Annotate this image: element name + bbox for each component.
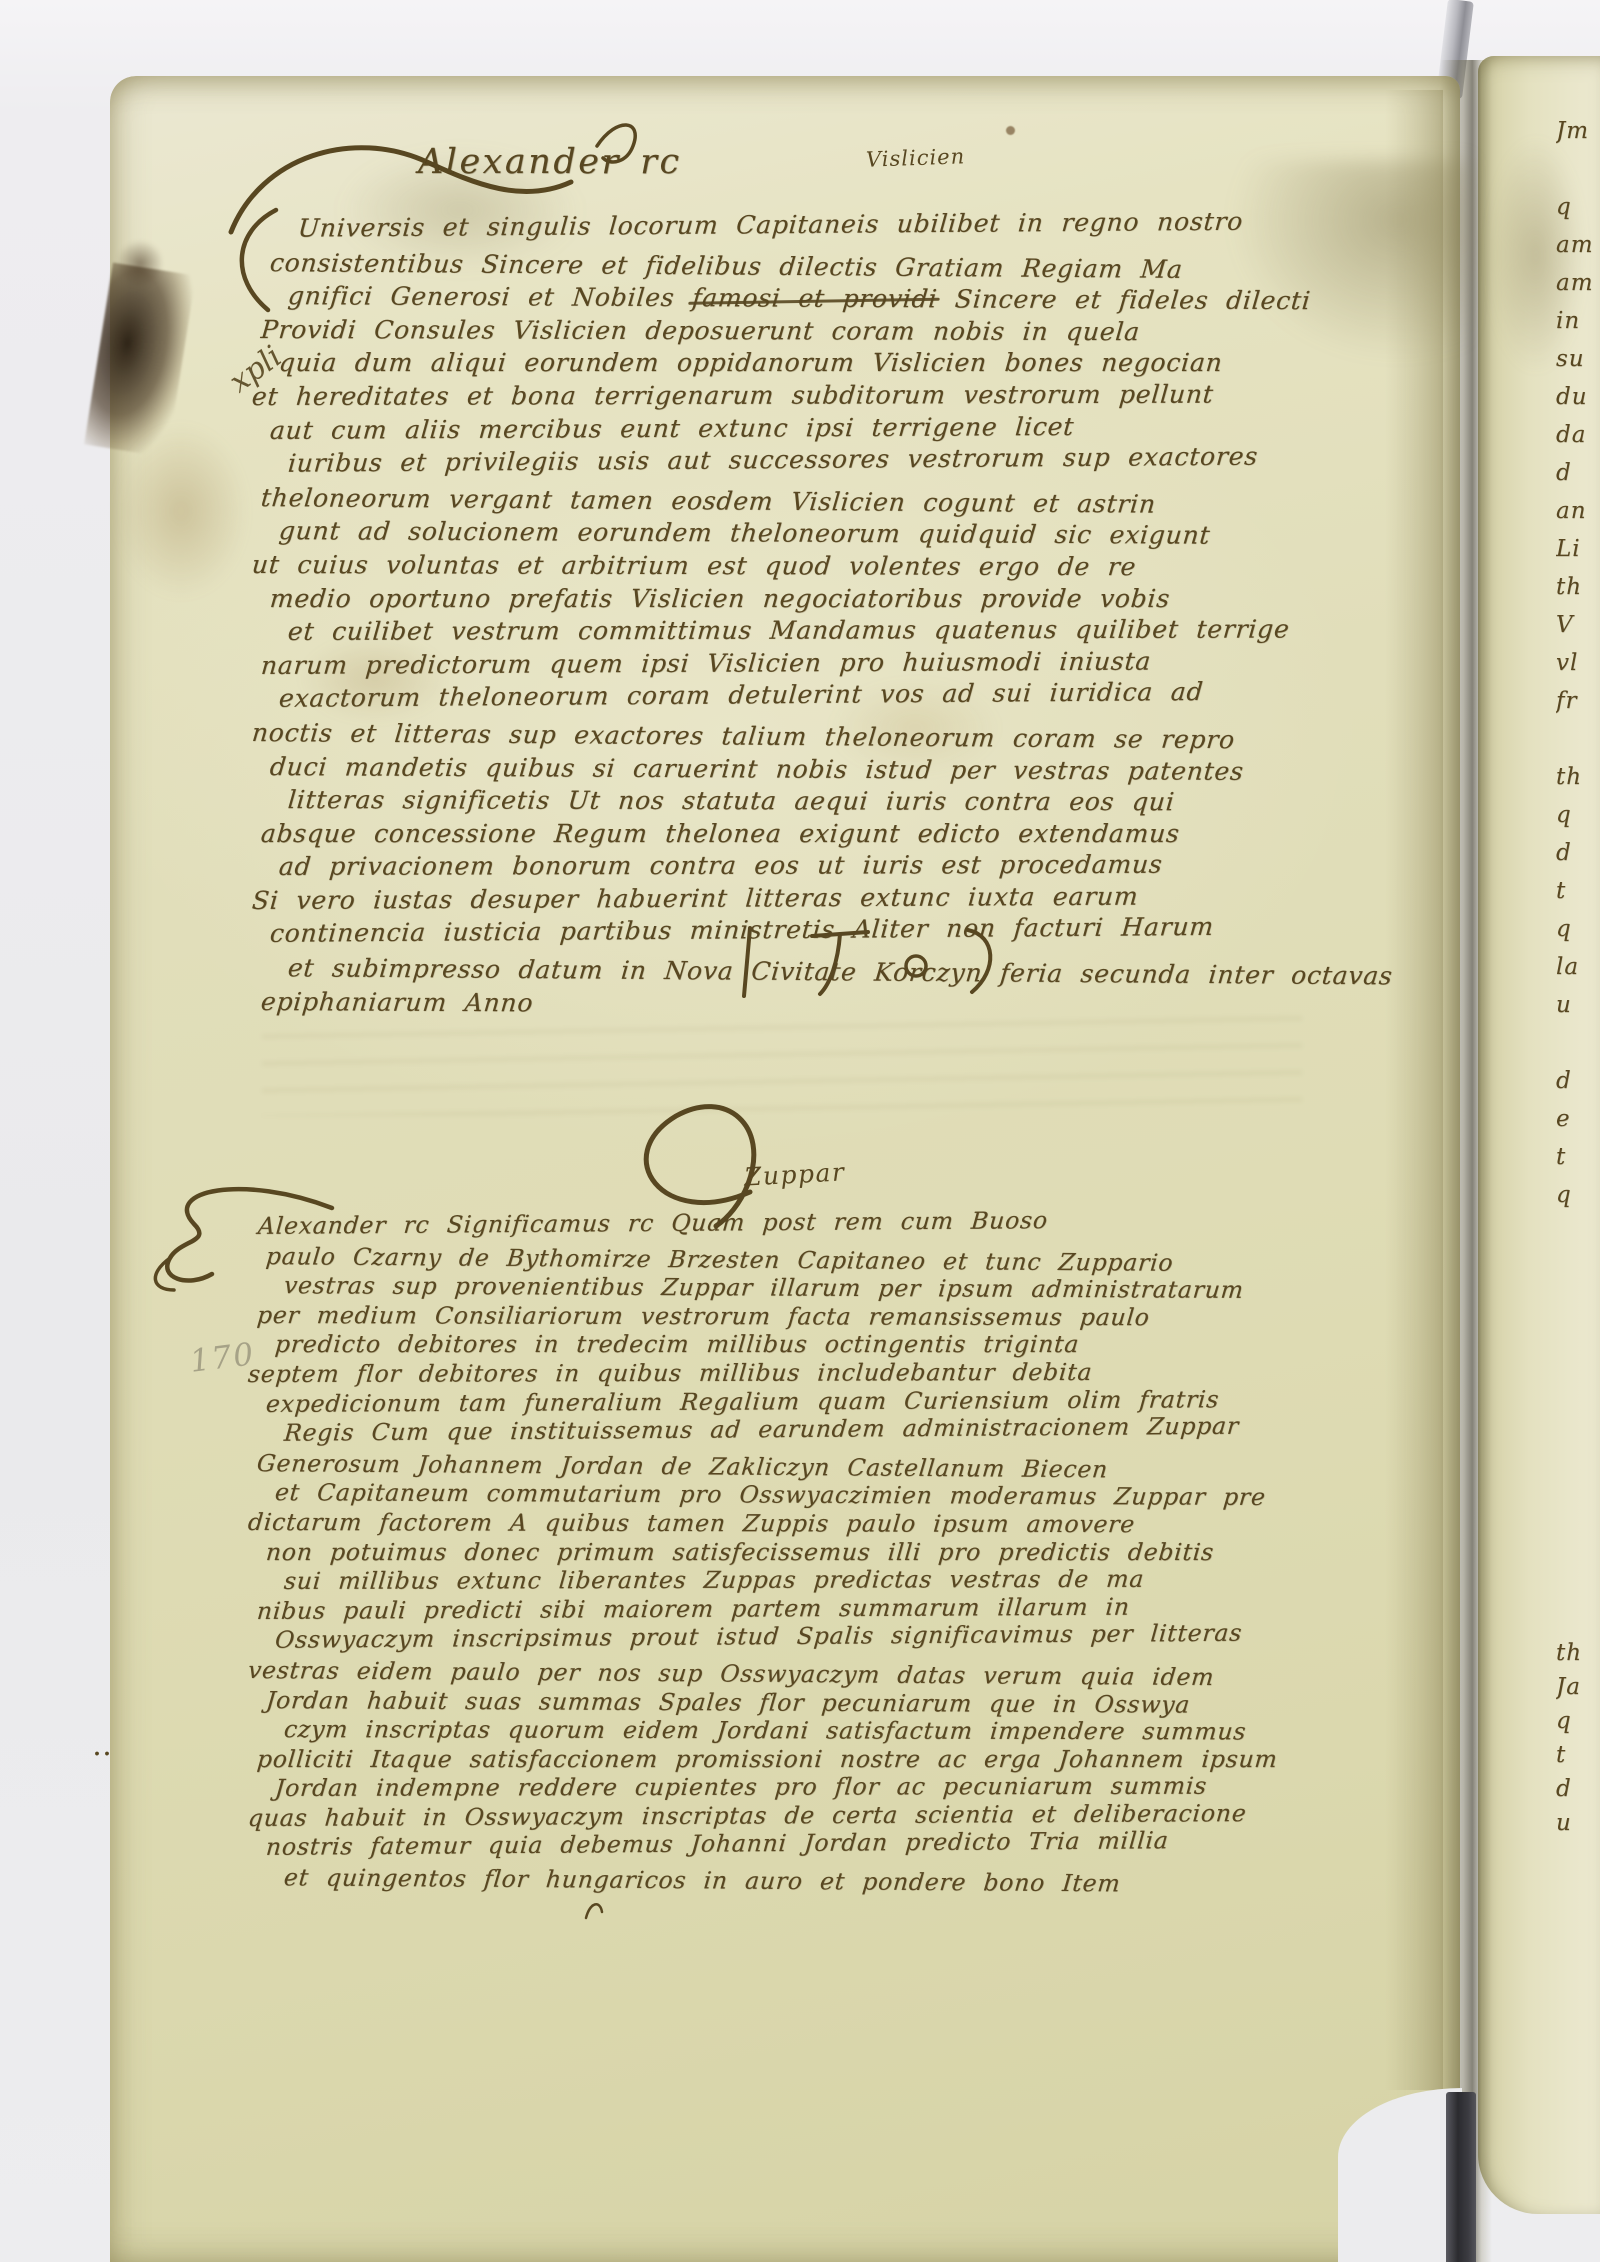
- manuscript-line: exactorum theloneorum coram detulerint v…: [251, 674, 1364, 716]
- fragment-line: Jm: [1556, 112, 1600, 150]
- fragment-line: d: [1556, 834, 1600, 872]
- fragment-line: du: [1556, 378, 1600, 416]
- manuscript-line: iuribus et privilegiis usis aut successo…: [251, 439, 1364, 481]
- fragment-line: q: [1556, 1176, 1600, 1214]
- fragment-line: d: [1556, 1772, 1600, 1806]
- manuscript-line: Providi Consules Vislicien deposuerunt c…: [250, 313, 1363, 349]
- fragment-line: [1556, 1024, 1600, 1062]
- manuscript-line: et cuilibet vestrum committimus Mandamus…: [251, 612, 1364, 648]
- fragment-line: th: [1556, 758, 1600, 796]
- manuscript-line: per medium Consiliariorum vestrorum fact…: [247, 1301, 1369, 1333]
- stray-ink-mark: [582, 1896, 606, 1924]
- fragment-line: e: [1556, 1100, 1600, 1138]
- fragment-line: q: [1556, 796, 1600, 834]
- manuscript-line: ut cuius voluntas et arbitrium est quod …: [250, 548, 1363, 584]
- manuscript-line: polliciti Itaque satisfaccionem promissi…: [247, 1745, 1370, 1775]
- fragment-line: u: [1556, 1806, 1600, 1840]
- fragment-line: t: [1556, 872, 1600, 910]
- right-page-fragments-bottom: thJaqtdu: [1556, 1636, 1600, 1874]
- fragment-line: Ja: [1556, 1670, 1600, 1704]
- entry1-text-block: Universis et singulis locorum Capitaneis…: [252, 212, 1362, 1018]
- manuscript-line: predicto debitores in tredecim millibus …: [247, 1330, 1370, 1360]
- right-page-fragments-top: Jm qamaminsududadanLithVvlfr thqdtqlau d…: [1556, 112, 1600, 1252]
- struck-text: famosi et providi: [691, 283, 939, 313]
- manuscript-line: Universis et singulis locorum Capitaneis…: [251, 204, 1364, 246]
- manuscript-line: czym inscriptas quorum eidem Jordani sat…: [247, 1715, 1369, 1747]
- fragment-line: t: [1556, 1738, 1600, 1772]
- manuscript-photo: { "colors": { "ink": "#584721", "parchme…: [0, 0, 1600, 2262]
- fragment-line: [1556, 1214, 1600, 1252]
- fragment-line: t: [1556, 1138, 1600, 1176]
- book-gutter-shadow: [1440, 60, 1492, 2262]
- fragment-line: th: [1556, 568, 1600, 606]
- fragment-line: la: [1556, 948, 1600, 986]
- fragment-line: d: [1556, 1062, 1600, 1100]
- manuscript-line: nostris fatemur quia debemus Johanni Jor…: [247, 1825, 1370, 1863]
- entry2-rubric-zuppar: Zuppar: [743, 1157, 846, 1191]
- fragment-line: fr: [1556, 682, 1600, 720]
- manuscript-line: litteras significetis Ut nos statuta aeq…: [250, 783, 1363, 819]
- manuscript-line: quia dum aliqui eorundem oppidanorum Vis…: [251, 346, 1364, 380]
- fragment-line: [1556, 720, 1600, 758]
- entry2-text-block: Alexander rc Significamus rc Quam post r…: [248, 1212, 1368, 1893]
- manuscript-line: et hereditates et bona terrigenarum subd…: [251, 377, 1364, 413]
- fragment-line: am: [1556, 226, 1600, 264]
- fragment-line: q: [1556, 910, 1600, 948]
- entry1-heading: Alexander rc: [418, 142, 682, 182]
- fragment-line: u: [1556, 986, 1600, 1024]
- manuscript-line: absque concessione Regum thelonea exigun…: [251, 817, 1364, 851]
- manuscript-line: medio oportuno prefatis Vislicien negoci…: [251, 582, 1364, 616]
- fragment-line: am: [1556, 264, 1600, 302]
- fragment-line: q: [1556, 188, 1600, 226]
- manuscript-line: dictarum factorem A quibus tamen Zuppis …: [247, 1508, 1369, 1540]
- dating-line-flourishes: [720, 922, 1020, 1006]
- fragment-line: V: [1556, 606, 1600, 644]
- entry1-rubric-vislicien: Vislicien: [866, 144, 966, 171]
- fragment-line: th: [1556, 1636, 1600, 1670]
- fragment-line: da: [1556, 416, 1600, 454]
- fragment-line: su: [1556, 340, 1600, 378]
- manuscript-line: non potuimus donec primum satisfecissemu…: [247, 1538, 1370, 1568]
- fragment-line: [1556, 1840, 1600, 1874]
- fragment-line: [1556, 150, 1600, 188]
- fragment-line: vl: [1556, 644, 1600, 682]
- left-edge-ink-dots: ‥: [92, 1728, 114, 1763]
- manuscript-line: gnifici Generosi et Nobiles famosi et pr…: [250, 279, 1363, 318]
- fragment-line: d: [1556, 454, 1600, 492]
- fragment-line: q: [1556, 1704, 1600, 1738]
- fragment-line: Li: [1556, 530, 1600, 568]
- fragment-line: an: [1556, 492, 1600, 530]
- fragment-line: in: [1556, 302, 1600, 340]
- page-weight-rod-bottom: [1446, 2092, 1476, 2262]
